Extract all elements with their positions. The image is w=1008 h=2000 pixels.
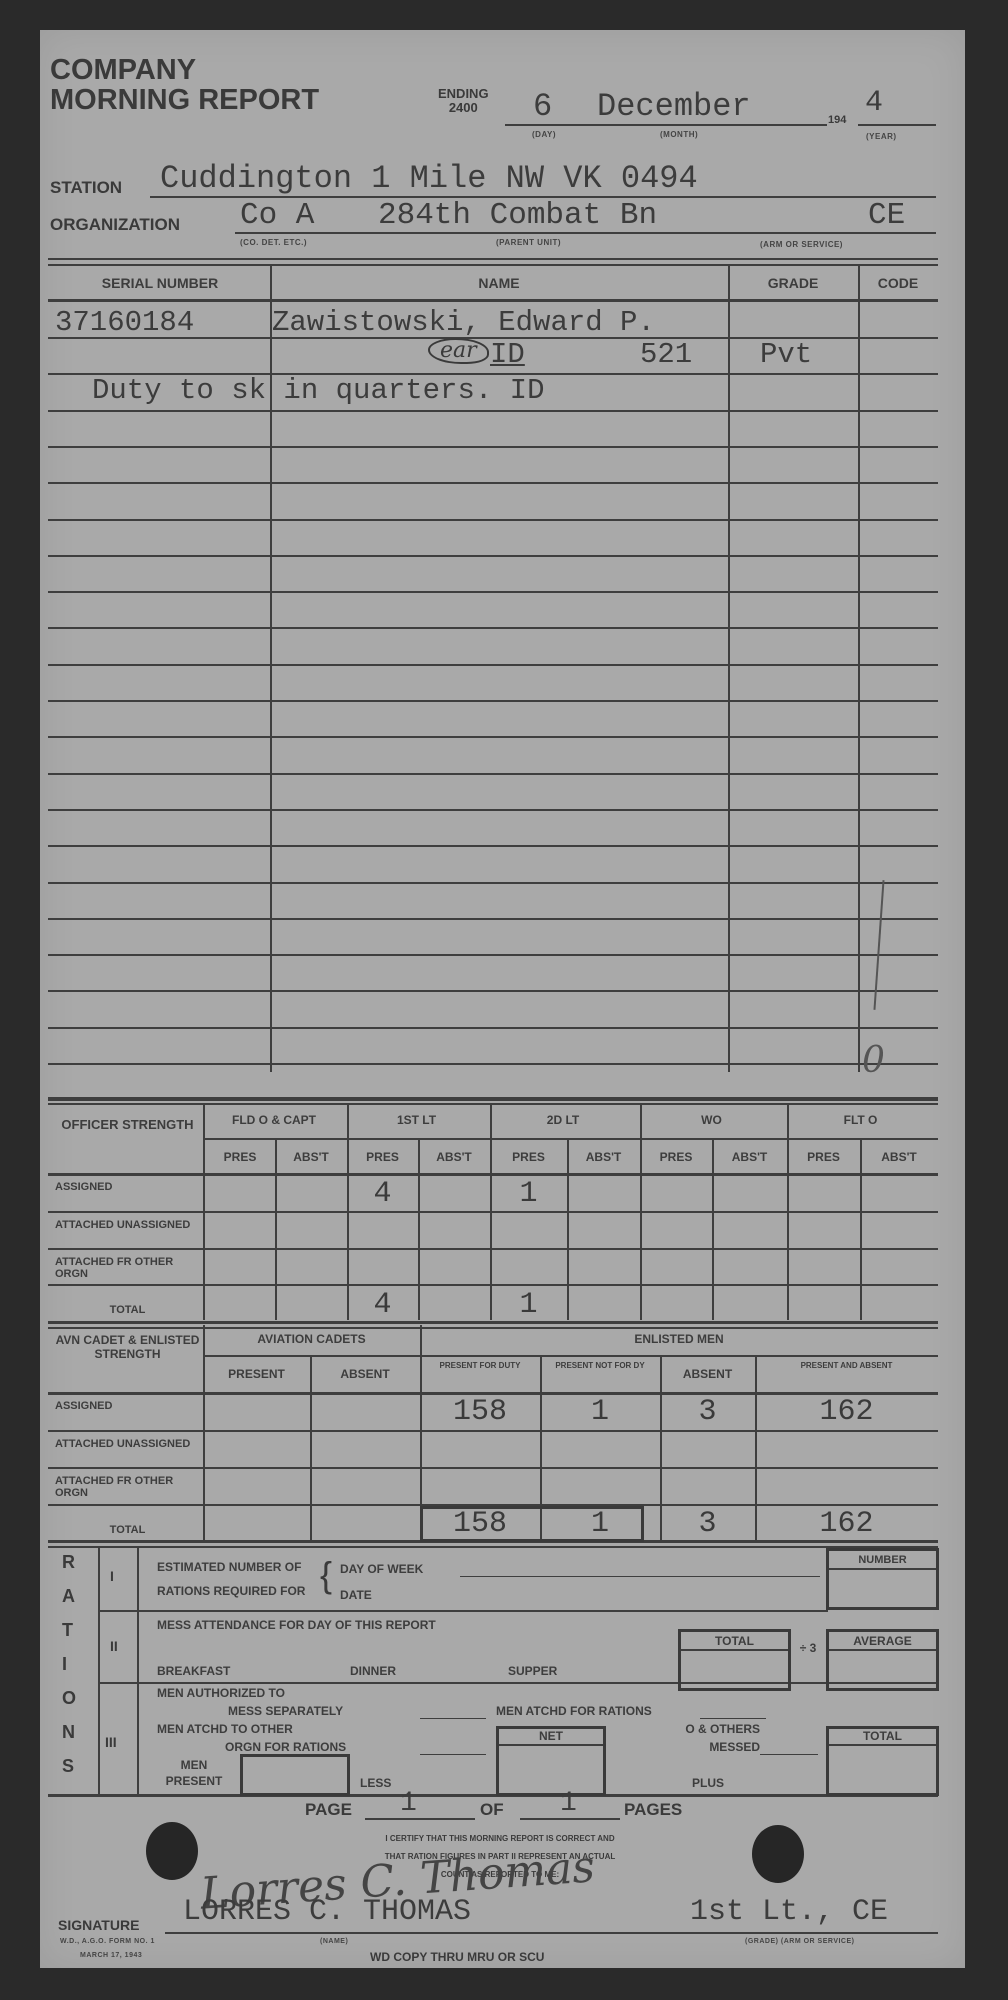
rations-side-letter: O (62, 1688, 76, 1709)
station-value: Cuddington 1 Mile NW VK 0494 (160, 160, 698, 197)
officer-row-label: TOTAL (55, 1304, 200, 1316)
roster-top-rule (48, 258, 938, 260)
men-atchd-other-line-1: MEN ATCHD TO OTHER (157, 1722, 293, 1736)
ending-label: ENDING 2400 (438, 87, 489, 115)
date-underline (505, 124, 827, 126)
officer-row-label: ASSIGNED (55, 1181, 200, 1193)
year-caption: (YEAR) (866, 132, 897, 141)
officer-row-label: ATTACHED UNASSIGNED (55, 1219, 200, 1231)
parent-caption: (PARENT UNIT) (496, 238, 561, 247)
officer-sub-divider (860, 1138, 862, 1320)
total-box-label: TOTAL (678, 1634, 791, 1648)
officer-top-rule (48, 1097, 938, 1099)
plus-label: PLUS (692, 1776, 724, 1790)
title-line-1: COMPANY (50, 55, 319, 85)
officer-sub-divider (567, 1138, 569, 1320)
officer-sub-divider (275, 1138, 277, 1320)
organization-label: ORGANIZATION (50, 215, 180, 235)
form-title: COMPANY MORNING REPORT (50, 55, 319, 115)
section-iii-numeral: III (105, 1734, 117, 1750)
o-others-line-1: O & OTHERS (640, 1722, 760, 1736)
officer-count-value: 4 (347, 1177, 418, 1211)
year-value: 4 (865, 86, 883, 120)
day-value: 6 (533, 88, 552, 125)
officer-subheader: ABS'T (567, 1150, 640, 1164)
officer-subheader: PRES (490, 1150, 567, 1164)
brace: { (320, 1554, 332, 1596)
officer-group-header: FLT O (785, 1113, 936, 1127)
rations-section-rule (98, 1610, 828, 1612)
punch-hole-right (752, 1825, 804, 1883)
roster-row-rule (48, 591, 938, 593)
rations-numeral-divider (137, 1546, 139, 1794)
id-code-value: ID (490, 338, 525, 371)
organization-unit: Co A (240, 198, 314, 233)
officer-count-value: 1 (490, 1177, 567, 1211)
day-of-week-label: DAY OF WEEK (340, 1562, 423, 1576)
officer-group-rule (203, 1138, 938, 1140)
co-caption: (CO. DET. ETC.) (240, 238, 307, 247)
officer-group-header: 1ST LT (345, 1113, 488, 1127)
organization-underline (235, 232, 936, 234)
enlisted-sub-divider (310, 1355, 312, 1540)
officer-sub-divider (712, 1138, 714, 1320)
enlisted-count-value: 3 (660, 1507, 755, 1541)
officer-strength-title: OFFICER STRENGTH (55, 1118, 200, 1132)
enlisted-subheader: PRESENT AND ABSENT (755, 1359, 938, 1373)
total-box-highlight (420, 1506, 644, 1542)
page-total: 1 (560, 1788, 577, 1819)
enlisted-count-value: 3 (660, 1395, 755, 1429)
rations-side-letter: A (62, 1586, 75, 1607)
month-caption: (MONTH) (660, 130, 698, 139)
enlisted-group-rule (203, 1355, 938, 1357)
enlisted-row-label: ATTACHED FR OTHER ORGN (55, 1475, 200, 1499)
roster-top-rule-2 (48, 264, 938, 266)
signature-underline (165, 1932, 938, 1934)
officer-row-label: ATTACHED FR OTHER ORGN (55, 1256, 200, 1280)
grade-caption: (GRADE) (ARM OR SERVICE) (745, 1938, 854, 1945)
wd-copy-note: WD COPY THRU MRU OR SCU (370, 1950, 544, 1964)
rations-letter-divider (98, 1546, 100, 1794)
enlisted-subheader: PRESENT (203, 1367, 310, 1381)
officer-subheader: PRES (347, 1150, 418, 1164)
officer-row-rule (48, 1284, 938, 1286)
enlisted-count-value: 162 (755, 1395, 938, 1429)
enlisted-row-rule (48, 1467, 938, 1469)
officer-group-header: 2D LT (488, 1113, 638, 1127)
signer-name: LORRES C. THOMAS (183, 1895, 471, 1929)
o-others-line-2: MESSED (640, 1740, 760, 1754)
enlisted-count-value: 1 (540, 1395, 660, 1429)
men-present-box[interactable] (240, 1754, 350, 1796)
net-box-rule (499, 1744, 603, 1746)
officer-header-rule (48, 1173, 938, 1176)
name-caption: (NAME) (320, 1938, 348, 1945)
roster-row-rule (48, 809, 938, 811)
men-authorized-line-1: MEN AUTHORIZED TO (157, 1686, 285, 1700)
enlisted-subheader: PRESENT NOT FOR DY (540, 1359, 660, 1373)
punch-hole-left (146, 1822, 198, 1880)
officer-subheader: PRES (640, 1150, 712, 1164)
officer-subheader: ABS'T (275, 1150, 347, 1164)
number-box-label: NUMBER (826, 1553, 939, 1567)
mess-separately-underline (420, 1718, 486, 1719)
officer-count-value: 1 (490, 1288, 567, 1322)
signer-grade: 1st Lt., CE (690, 1895, 888, 1929)
form-number: W.D., A.G.O. FORM NO. 1 (60, 1938, 155, 1945)
section-i-line-2: RATIONS REQUIRED FOR (157, 1584, 305, 1598)
grade-value: Pvt (760, 338, 812, 371)
organization-parent: 284th Combat Bn (378, 198, 657, 233)
total-box-rule (681, 1649, 788, 1651)
enlisted-subheader: ABSENT (310, 1367, 420, 1381)
day-caption: (DAY) (532, 130, 556, 139)
o-others-underline (760, 1754, 818, 1755)
aviation-cadets-header: AVIATION CADETS (203, 1332, 420, 1346)
roster-row-rule (48, 845, 938, 847)
page-label: PAGE (305, 1800, 352, 1820)
soldier-name-value: Zawistowski, Edward P. (272, 306, 655, 339)
rations-side-letter: S (62, 1756, 74, 1777)
rations-side-letter: N (62, 1722, 75, 1743)
roster-col-divider-3 (858, 264, 860, 1072)
roster-row-rule (48, 736, 938, 738)
enlisted-row-label: ASSIGNED (55, 1400, 200, 1412)
divide-by-three: ÷ 3 (798, 1641, 818, 1655)
pages-label: PAGES (624, 1800, 682, 1820)
section-i-line-1: ESTIMATED NUMBER OF (157, 1560, 301, 1574)
roster-row-rule (48, 773, 938, 775)
net-box-label: NET (496, 1729, 606, 1743)
enlisted-bottom-rule-2 (48, 1546, 938, 1548)
ending-label-2: 2400 (438, 101, 489, 115)
col-header-grade: GRADE (728, 275, 858, 291)
duty-status-remark: Duty to sk in quarters. ID (92, 374, 544, 407)
officer-group-header: FLD O & CAPT (203, 1113, 345, 1127)
men-present-line-2: PRESENT (150, 1774, 238, 1788)
code-521-value: 521 (640, 338, 692, 371)
atchd-rations-underline (700, 1718, 766, 1719)
roster-row-rule (48, 954, 938, 956)
certify-line-1: I CERTIFY THAT THIS MORNING REPORT IS CO… (290, 1830, 710, 1848)
other-orgn-underline (420, 1754, 486, 1755)
officer-sub-divider (418, 1138, 420, 1320)
page-number: 1 (400, 1788, 417, 1819)
of-label: OF (480, 1800, 504, 1820)
less-label: LESS (360, 1776, 391, 1790)
enlisted-subheader: ABSENT (660, 1367, 755, 1381)
roster-row-rule (48, 882, 938, 884)
enlisted-row-label: TOTAL (55, 1524, 200, 1536)
serial-number-value: 37160184 (55, 306, 194, 339)
roster-row-rule (48, 555, 938, 557)
organization-arm: CE (868, 198, 905, 233)
day-of-week-underline (460, 1576, 820, 1577)
men-atchd-other-line-2: ORGN FOR RATIONS (225, 1740, 346, 1754)
roster-row-rule (48, 700, 938, 702)
supper-label: SUPPER (508, 1664, 557, 1678)
roster-row-rule (48, 990, 938, 992)
enlisted-count-value: 162 (755, 1507, 938, 1541)
arm-caption: (ARM OR SERVICE) (760, 240, 843, 249)
section-i-numeral: I (110, 1568, 114, 1584)
number-box-rule (829, 1568, 936, 1570)
year-underline (858, 124, 936, 126)
col-header-code: CODE (858, 275, 938, 291)
rations-section-rule (98, 1682, 938, 1684)
rations-side-letter: R (62, 1552, 75, 1573)
enlisted-subheader: PRESENT FOR DUTY (420, 1359, 540, 1373)
officer-subheader: ABS'T (712, 1150, 787, 1164)
officer-subheader: ABS'T (860, 1150, 938, 1164)
officer-subheader: PRES (787, 1150, 860, 1164)
breakfast-label: BREAKFAST (157, 1664, 230, 1678)
rations-bottom-rule (48, 1794, 938, 1797)
station-label: STATION (50, 178, 122, 198)
roster-row-rule (48, 1063, 938, 1065)
rations-total-box-label: TOTAL (826, 1729, 939, 1743)
roster-row-rule (48, 446, 938, 448)
average-box-rule (829, 1649, 936, 1651)
col-header-name: NAME (270, 275, 728, 291)
roster-row-rule (48, 664, 938, 666)
roster-row-rule (48, 410, 938, 412)
rations-total-box-rule (829, 1744, 936, 1746)
section-ii-numeral: II (110, 1638, 118, 1654)
handwritten-zero: 0 (862, 1040, 885, 1081)
officer-bottom-rule-2 (48, 1327, 938, 1329)
enlisted-row-label: ATTACHED UNASSIGNED (55, 1438, 200, 1450)
enlisted-count-value: 158 (420, 1395, 540, 1429)
roster-col-divider-2 (728, 264, 730, 1072)
month-value: December (597, 88, 751, 125)
enlisted-men-header: ENLISTED MEN (420, 1332, 938, 1346)
officer-group-header: WO (638, 1113, 785, 1127)
men-authorized-line-2: MESS SEPARATELY (228, 1704, 343, 1718)
roster-row-rule (48, 1099, 938, 1101)
dinner-label: DINNER (350, 1664, 396, 1678)
roster-row-rule (48, 918, 938, 920)
date-label: DATE (340, 1588, 372, 1602)
officer-top-rule-2 (48, 1103, 938, 1105)
rations-side-letter: T (62, 1620, 73, 1641)
enlisted-group-divider (203, 1325, 205, 1540)
year-prefix: 194 (828, 114, 846, 126)
officer-row-rule (48, 1248, 938, 1250)
men-present-line-1: MEN (150, 1758, 238, 1772)
mess-attendance-title: MESS ATTENDANCE FOR DAY OF THIS REPORT (157, 1618, 436, 1632)
average-box-label: AVERAGE (826, 1634, 939, 1648)
roster-row-rule (48, 1027, 938, 1029)
ending-label-1: ENDING (438, 87, 489, 101)
title-line-2: MORNING REPORT (50, 85, 319, 115)
roster-row-rule (48, 627, 938, 629)
signature-label: SIGNATURE (58, 1917, 139, 1933)
form-date: MARCH 17, 1943 (80, 1952, 142, 1959)
men-atchd-rations-label: MEN ATCHD FOR RATIONS (496, 1704, 652, 1718)
officer-count-value: 4 (347, 1288, 418, 1322)
rations-side-letter: I (62, 1654, 67, 1675)
officer-row-rule (48, 1211, 938, 1213)
enlisted-row-rule (48, 1430, 938, 1432)
page-total-underline (520, 1818, 620, 1820)
officer-subheader: PRES (205, 1150, 275, 1164)
page-number-underline (365, 1818, 475, 1820)
roster-row-rule (48, 482, 938, 484)
enlisted-strength-title: AVN CADET & ENLISTED STRENGTH (55, 1333, 200, 1361)
col-header-serial: SERIAL NUMBER (50, 275, 270, 291)
roster-row-rule (48, 519, 938, 521)
roster-header-rule (48, 299, 938, 302)
officer-subheader: ABS'T (418, 1150, 490, 1164)
